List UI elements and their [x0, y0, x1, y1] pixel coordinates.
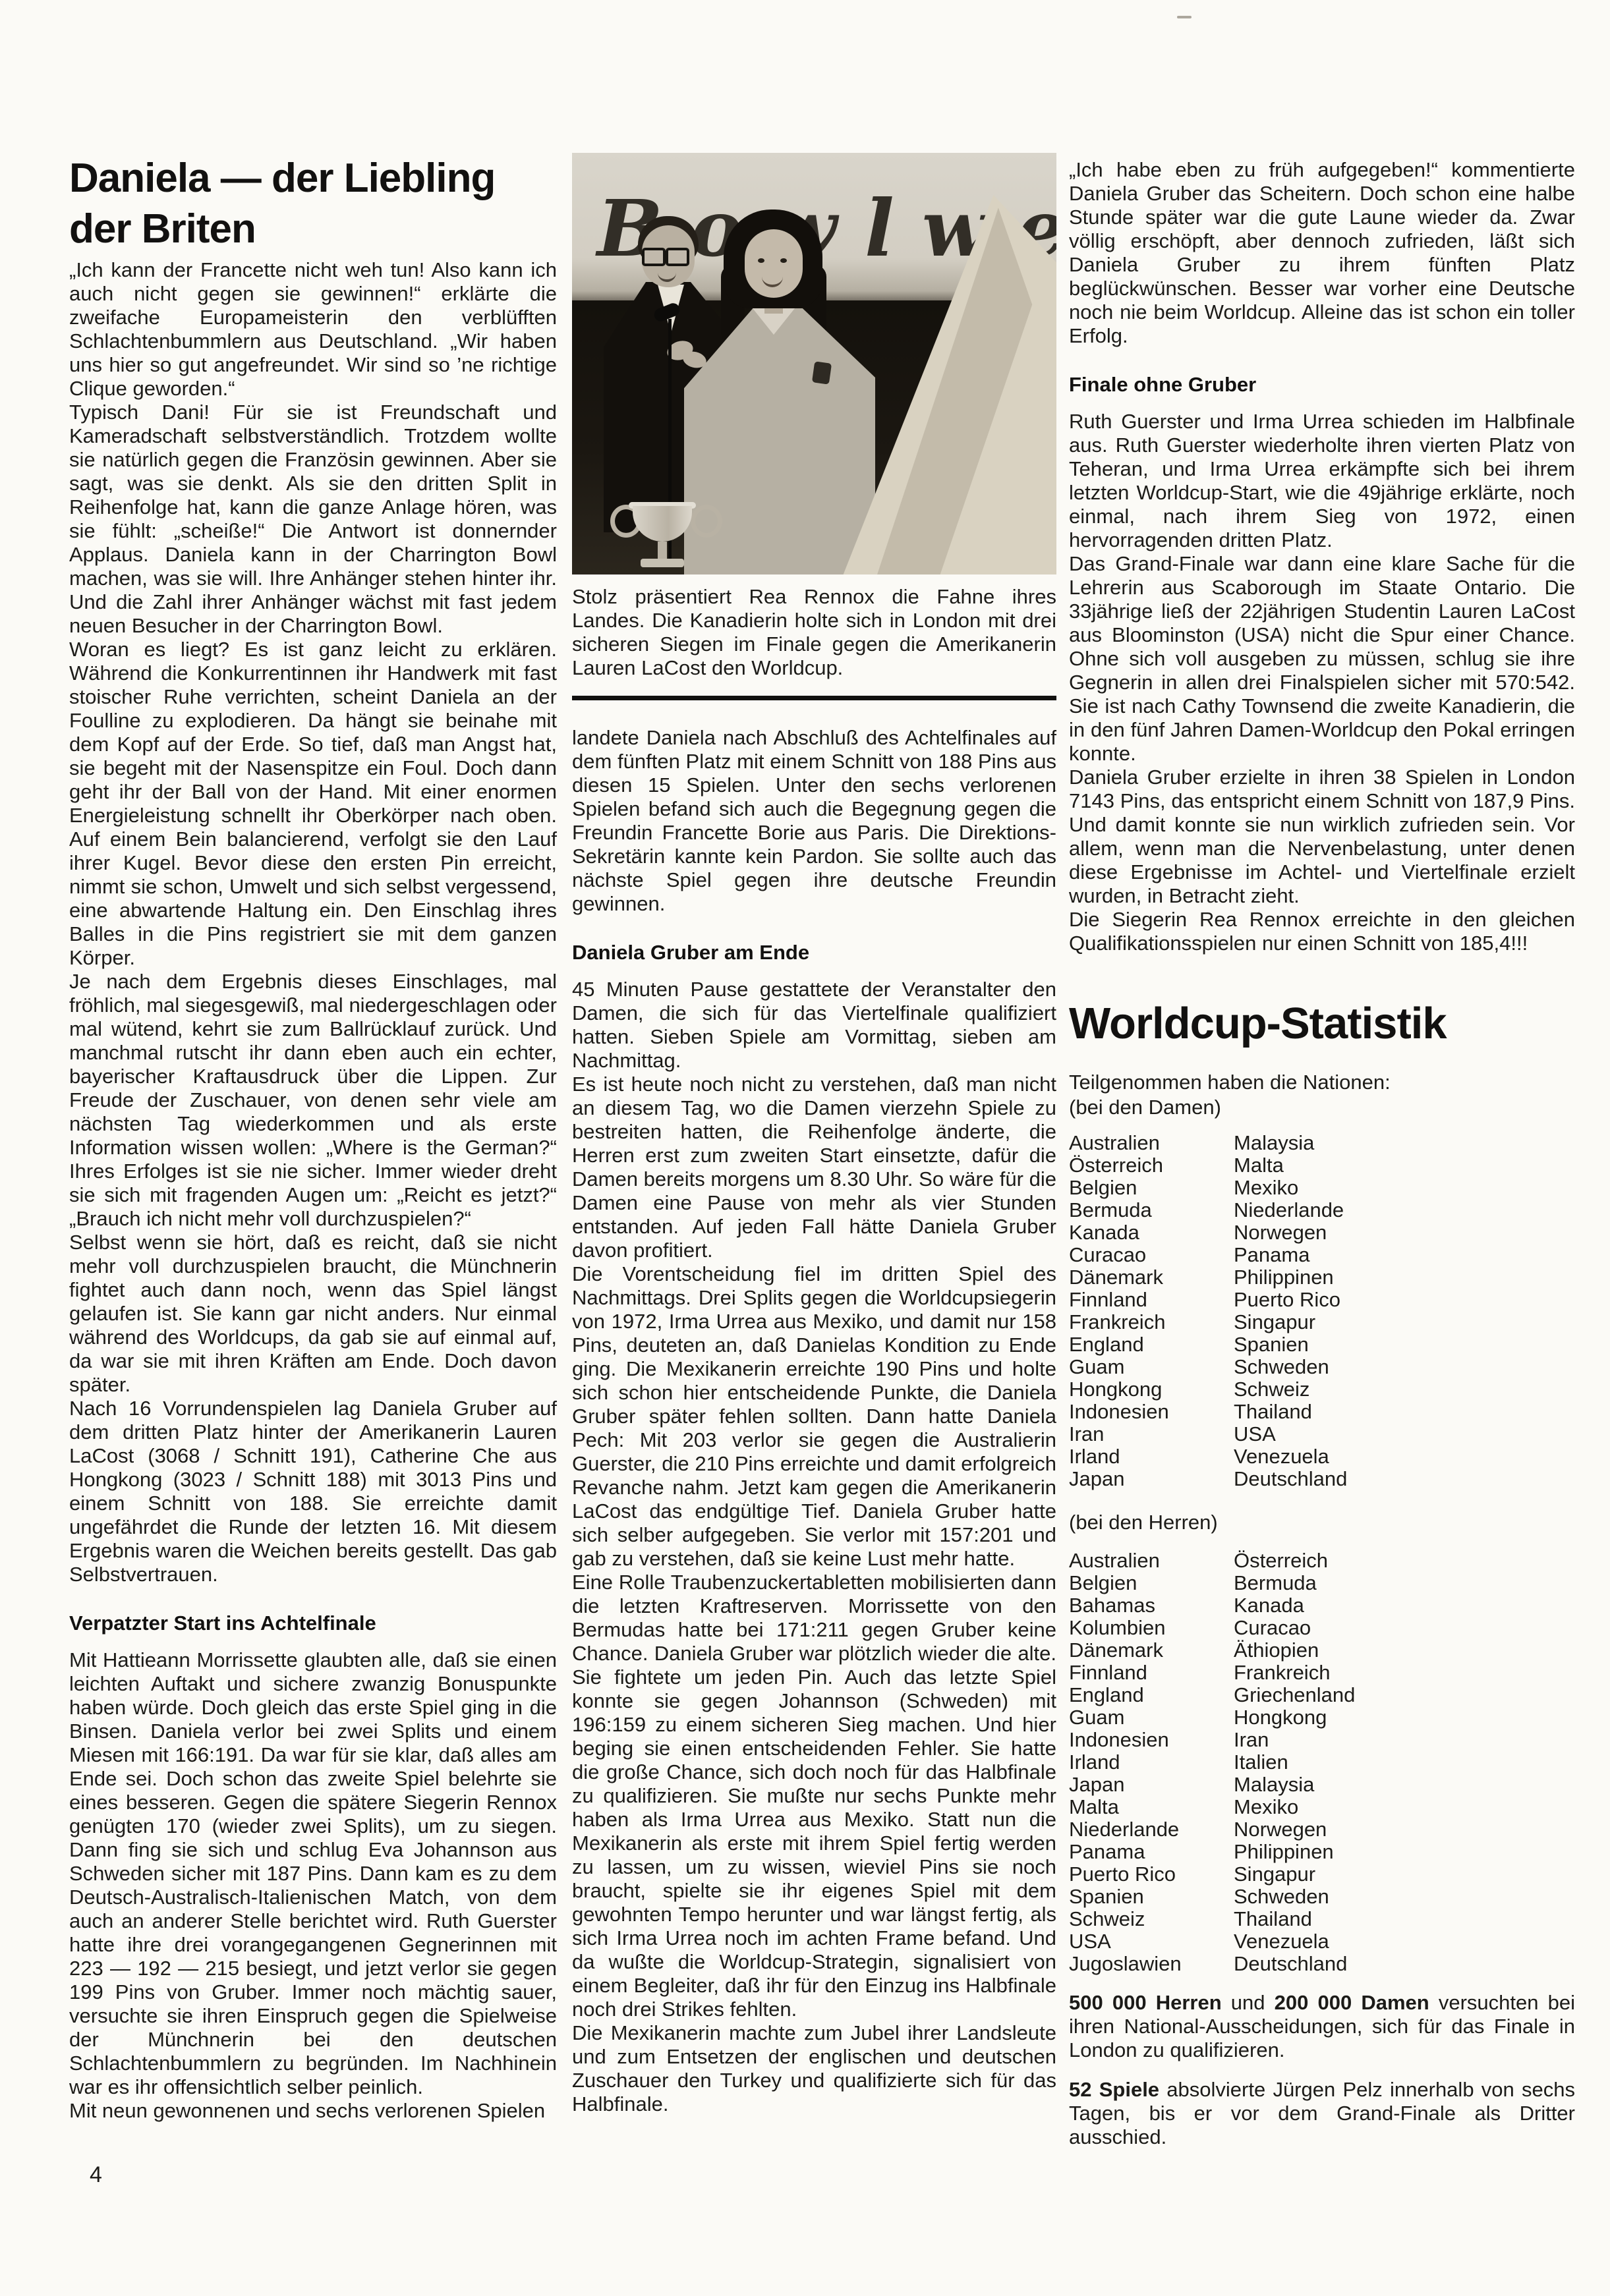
nation-item: England: [1069, 1333, 1234, 1356]
nation-item: Schweiz: [1234, 1378, 1575, 1401]
nation-item: Hongkong: [1069, 1378, 1234, 1401]
nation-item: Kanada: [1069, 1221, 1234, 1244]
nations-damen-left: AustralienÖsterreichBelgienBermudaKanada…: [1069, 1132, 1234, 1490]
trophy-base: [641, 559, 684, 567]
photo-award-ceremony: Bowl we: [572, 153, 1056, 574]
subhead-verpatzter-start: Verpatzter Start ins Achtelfinale: [69, 1611, 557, 1635]
nation-item: Deutschland: [1234, 1953, 1575, 1975]
nation-item: Indonesien: [1069, 1729, 1234, 1751]
nation-item: Finnland: [1069, 1289, 1234, 1311]
nation-item: Thailand: [1234, 1908, 1575, 1930]
nation-item: Schweden: [1234, 1886, 1575, 1908]
article-title: Daniela — der Lieblingder Briten: [69, 153, 557, 254]
nation-item: Bermuda: [1069, 1199, 1234, 1221]
nations-damen-right: MalaysiaMaltaMexikoNiederlandeNorwegenPa…: [1234, 1132, 1575, 1490]
badge-icon: [812, 361, 832, 384]
nation-item: USA: [1069, 1930, 1234, 1953]
worldcup-statistik-section: Worldcup-Statistik Teilgenommen haben di…: [1069, 1000, 1575, 2149]
nation-item: Österreich: [1069, 1154, 1234, 1177]
subhead-gruber-am-ende: Daniela Gruber am Ende: [572, 941, 1056, 965]
stat-damen-count: 200 000 Damen: [1275, 1991, 1429, 2014]
nation-item: Frankreich: [1234, 1662, 1575, 1684]
nation-item: Curacao: [1234, 1617, 1575, 1639]
article-title-line1: Daniela — der Liebling: [69, 155, 495, 201]
nation-item: Niederlande: [1234, 1199, 1575, 1221]
column-2-paragraphs-b: 45 Minuten Pause gestattete der Veransta…: [572, 978, 1056, 2116]
nation-item: USA: [1234, 1423, 1575, 1445]
paragraph: Es ist heute noch nicht zu verstehen, da…: [572, 1073, 1056, 1262]
nation-item: Spanien: [1069, 1886, 1234, 1908]
paragraph: Ruth Guerster und Irma Urrea schieden im…: [1069, 410, 1575, 552]
nation-item: Iran: [1069, 1423, 1234, 1445]
nation-item: Australien: [1069, 1550, 1234, 1572]
label-bei-den-damen: (bei den Damen): [1069, 1095, 1575, 1120]
nation-item: Philippinen: [1234, 1266, 1575, 1289]
scan-speck: [1177, 16, 1192, 18]
nation-item: Indonesien: [1069, 1401, 1234, 1423]
paragraph: Woran es liegt? Es ist ganz leicht zu er…: [69, 638, 557, 970]
nation-item: Mexiko: [1234, 1796, 1575, 1818]
nation-item: Österreich: [1234, 1550, 1575, 1572]
nation-item: Japan: [1069, 1774, 1234, 1796]
paragraph: Die Vorentscheidung fiel im dritten Spie…: [572, 1262, 1056, 1571]
nation-item: Italien: [1234, 1751, 1575, 1774]
subhead-finale-ohne-gruber: Finale ohne Gruber: [1069, 373, 1575, 397]
nation-item: Spanien: [1234, 1333, 1575, 1356]
nation-item: Australien: [1069, 1132, 1234, 1154]
nation-item: Malaysia: [1234, 1132, 1575, 1154]
nation-item: Kolumbien: [1069, 1617, 1234, 1639]
stat-herren-count: 500 000 Herren: [1069, 1991, 1222, 2014]
nation-item: Bahamas: [1069, 1594, 1234, 1617]
nation-item: Niederlande: [1069, 1818, 1234, 1841]
stat-spiele: 52 Spiele absolvierte Jürgen Pelz innerh…: [1069, 2078, 1575, 2149]
trophy-bowl: [633, 506, 692, 542]
trophy-icon: [606, 501, 718, 574]
nation-item: Bermuda: [1234, 1572, 1575, 1594]
horizontal-divider: [572, 696, 1056, 700]
paragraph: landete Daniela nach Abschluß des Achtel…: [572, 726, 1056, 916]
nation-item: Belgien: [1069, 1177, 1234, 1199]
nation-item: Norwegen: [1234, 1221, 1575, 1244]
column-1: „Ich kann der Francette nicht weh tun! A…: [69, 258, 557, 2123]
nations-list-herren: AustralienBelgienBahamasKolumbienDänemar…: [1069, 1550, 1575, 1975]
nation-item: Norwegen: [1234, 1818, 1575, 1841]
nation-item: Dänemark: [1069, 1266, 1234, 1289]
woman-eye: [780, 258, 787, 263]
paragraph: „Ich kann der Francette nicht weh tun! A…: [69, 258, 557, 401]
stat-spiele-count: 52 Spiele: [1069, 2078, 1159, 2101]
column-2: landete Daniela nach Abschluß des Achtel…: [572, 726, 1056, 2116]
paragraph: Daniela Gruber erzielte in ihren 38 Spie…: [1069, 766, 1575, 908]
nation-item: Guam: [1069, 1706, 1234, 1729]
nation-item: Irland: [1069, 1751, 1234, 1774]
nation-item: Curacao: [1069, 1244, 1234, 1266]
photo-caption: Stolz präsentiert Rea Rennox die Fahne i…: [572, 585, 1056, 680]
label-bei-den-herren: (bei den Herren): [1069, 1510, 1575, 1535]
caption-text: Stolz präsentiert Rea Rennox die Fahne i…: [572, 585, 1056, 680]
nations-herren-right: ÖsterreichBermudaKanadaCuracaoÄthiopienF…: [1234, 1550, 1575, 1975]
stat-text: und: [1222, 1991, 1275, 2014]
nation-item: Panama: [1069, 1841, 1234, 1863]
paragraph: Die Mexikanerin machte zum Jubel ihrer L…: [572, 2021, 1056, 2116]
woman-eye: [758, 258, 764, 263]
nation-item: Belgien: [1069, 1572, 1234, 1594]
nation-item: Jugoslawien: [1069, 1953, 1234, 1975]
column-1-paragraphs-a: „Ich kann der Francette nicht weh tun! A…: [69, 258, 557, 1586]
paragraph: Typisch Dani! Für sie ist Freundschaft u…: [69, 401, 557, 638]
column-3: „Ich habe eben zu früh aufgegeben!“ komm…: [1069, 158, 1575, 955]
nation-item: Deutschland: [1234, 1468, 1575, 1490]
nation-item: England: [1069, 1684, 1234, 1706]
nation-item: Frankreich: [1069, 1311, 1234, 1333]
paragraph: „Ich habe eben zu früh aufgegeben!“ komm…: [1069, 158, 1575, 348]
nation-item: Dänemark: [1069, 1639, 1234, 1662]
nation-item: Irland: [1069, 1445, 1234, 1468]
nation-item: Singapur: [1234, 1863, 1575, 1886]
paragraph: Je nach dem Ergebnis dieses Einschlages,…: [69, 970, 557, 1231]
paragraph: Die Siegerin Rea Rennox erreichte in den…: [1069, 908, 1575, 955]
nation-item: Iran: [1234, 1729, 1575, 1751]
article-title-line2: der Briten: [69, 206, 256, 252]
nation-item: Venezuela: [1234, 1445, 1575, 1468]
nations-herren-left: AustralienBelgienBahamasKolumbienDänemar…: [1069, 1550, 1234, 1975]
paragraph: Mit neun gewonnenen und sechs verlorenen…: [69, 2099, 557, 2123]
paragraph: 45 Minuten Pause gestattete der Veransta…: [572, 978, 1056, 1073]
nation-item: Hongkong: [1234, 1706, 1575, 1729]
nation-item: Japan: [1069, 1468, 1234, 1490]
page-number: 4: [90, 2162, 102, 2188]
column-3-paragraphs-b: Ruth Guerster und Irma Urrea schieden im…: [1069, 410, 1575, 955]
nation-item: Griechenland: [1234, 1684, 1575, 1706]
nation-item: Puerto Rico: [1234, 1289, 1575, 1311]
nation-item: Panama: [1234, 1244, 1575, 1266]
woman-face: [745, 229, 803, 298]
nation-item: Kanada: [1234, 1594, 1575, 1617]
nation-item: Schweden: [1234, 1356, 1575, 1378]
nations-list-damen: AustralienÖsterreichBelgienBermudaKanada…: [1069, 1132, 1575, 1490]
paragraph: Das Grand-Finale war dann eine klare Sac…: [1069, 552, 1575, 766]
nation-item: Guam: [1069, 1356, 1234, 1378]
column-2-paragraphs-a: landete Daniela nach Abschluß des Achtel…: [572, 726, 1056, 916]
nation-item: Malaysia: [1234, 1774, 1575, 1796]
nation-item: Finnland: [1069, 1662, 1234, 1684]
trophy-stem: [658, 542, 667, 559]
paragraph: Nach 16 Vorrundenspielen lag Daniela Gru…: [69, 1397, 557, 1586]
glasses-icon: [642, 248, 666, 266]
nation-item: Thailand: [1234, 1401, 1575, 1423]
statistik-intro: Teilgenommen haben die Nationen:: [1069, 1070, 1575, 1095]
nation-item: Singapur: [1234, 1311, 1575, 1333]
nation-item: Schweiz: [1069, 1908, 1234, 1930]
statistik-title: Worldcup-Statistik: [1069, 1000, 1575, 1048]
nation-item: Mexiko: [1234, 1177, 1575, 1199]
nation-item: Philippinen: [1234, 1841, 1575, 1863]
paragraph: Eine Rolle Traubenzuckertabletten mobili…: [572, 1571, 1056, 2021]
paragraph: Selbst wenn sie hört, daß es reicht, daß…: [69, 1231, 557, 1397]
column-1-paragraphs-b: Mit Hattieann Morrissette glaubten alle,…: [69, 1648, 557, 2123]
nation-item: Venezuela: [1234, 1930, 1575, 1953]
nation-item: Puerto Rico: [1069, 1863, 1234, 1886]
nation-item: Malta: [1069, 1796, 1234, 1818]
trophy-handle: [691, 505, 722, 538]
paragraph: Mit Hattieann Morrissette glaubten alle,…: [69, 1648, 557, 2099]
nation-item: Äthiopien: [1234, 1639, 1575, 1662]
stat-participants: 500 000 Herren und 200 000 Damen versuch…: [1069, 1991, 1575, 2062]
column-3-paragraphs-a: „Ich habe eben zu früh aufgegeben!“ komm…: [1069, 158, 1575, 348]
nation-item: Malta: [1234, 1154, 1575, 1177]
